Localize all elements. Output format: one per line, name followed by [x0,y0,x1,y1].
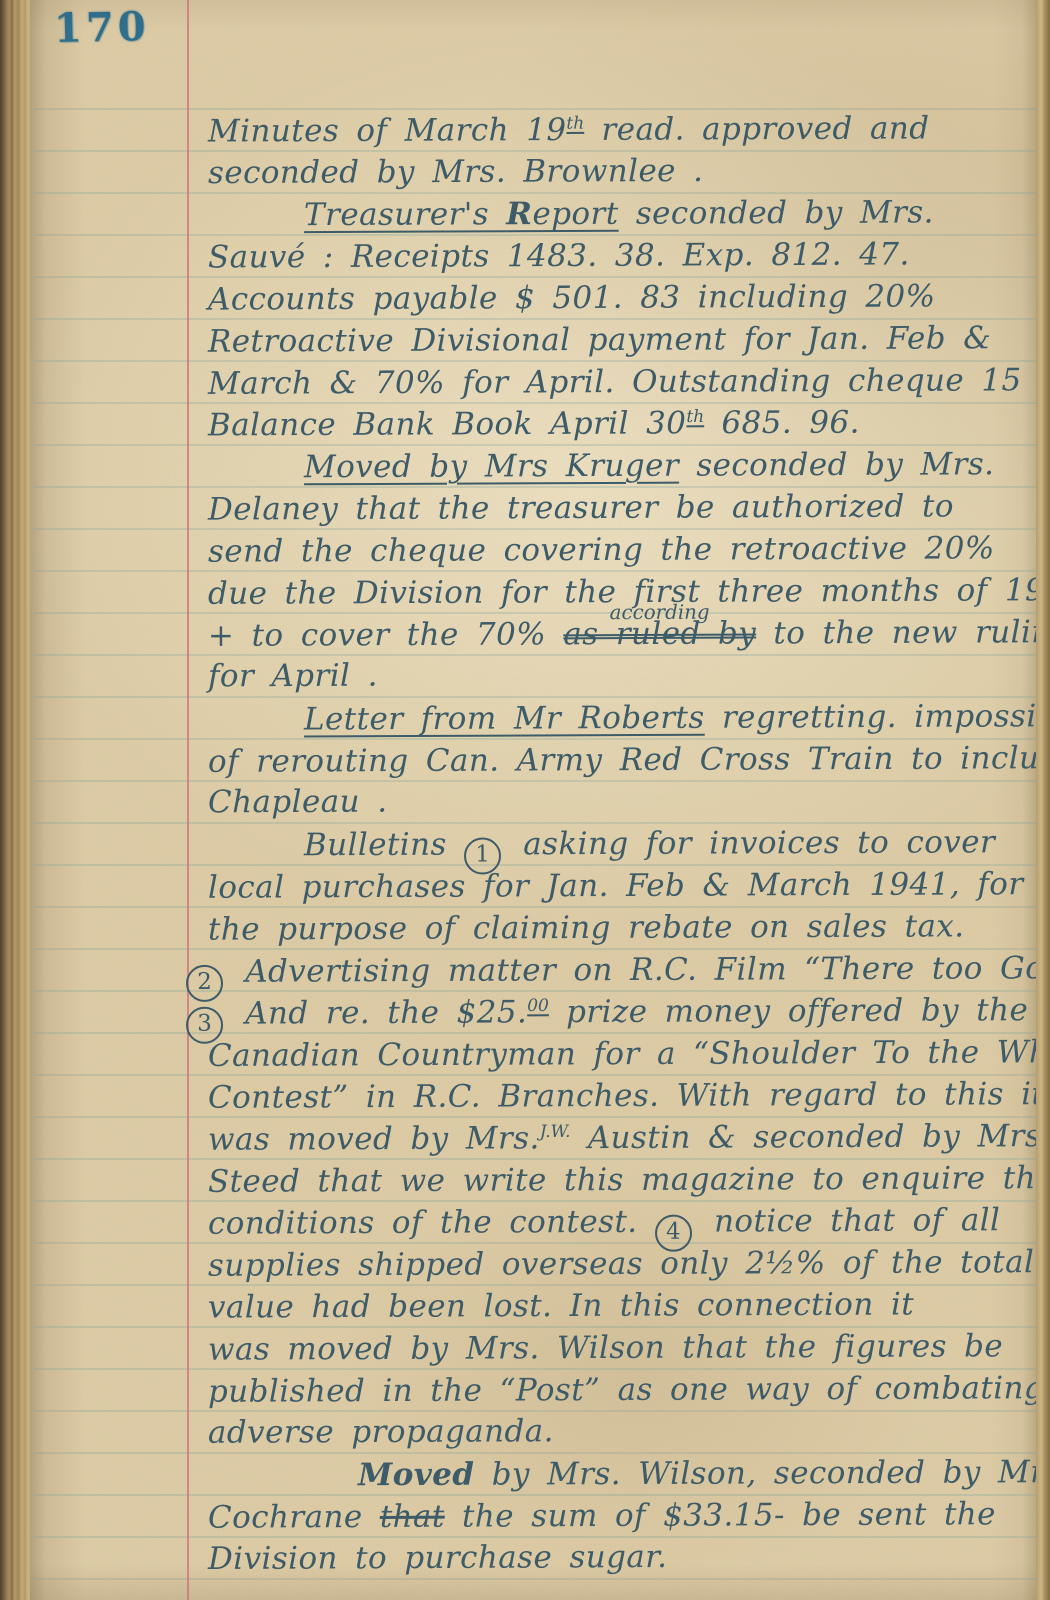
text-segment: Letter from Mr Roberts [304,700,705,738]
manuscript-line: Retroactive Divisional payment for Jan. … [200,320,991,359]
text-segment: that [380,1499,445,1535]
paper-sheet: 170 Minutes of March 19th read. approved… [30,0,1036,1600]
text-segment: Austin & seconded by Mrs [571,1118,1042,1156]
manuscript-line: the purpose of claiming rebate on sales … [200,908,965,947]
manuscript-line: Division to purchase sugar. [200,1539,667,1577]
text-segment: Balance Bank Book April 30 [208,405,687,443]
text-segment: Treasurer's [304,196,506,233]
manuscript-line: Moved by Mrs Kruger seconded by Mrs. [200,446,995,485]
manuscript-line: adverse propaganda. [200,1413,554,1451]
text-segment: Bulletins [304,827,464,864]
text-segment: Contest” in R.C. Branches. With regard t… [208,1076,1045,1116]
manuscript-line: Steed that we write this magazine to enq… [200,1160,1050,1200]
manuscript-line: + to cover the 70% accordingas ruled by … [200,614,1050,654]
manuscript-line: Contest” in R.C. Branches. With regard t… [200,1076,1045,1116]
inserted-correction: according [610,600,710,623]
manuscript-line: Sauvé : Receipts 1483. 38. Exp. 812. 47. [200,236,910,275]
text-segment: Advertising matter on R.C. Film “There t… [228,950,1050,990]
text-segment: the sum of $33.15- be sent the [445,1496,996,1534]
manuscript-line: send the cheque covering the retroactive… [200,530,995,569]
text-segment: notice that of all [697,1202,1001,1239]
notebook-page: 170 Minutes of March 19th read. approved… [0,0,1050,1600]
struck-text: accordingas ruled by [563,615,756,652]
text-segment: local purchases for Jan. Feb & March 194… [208,866,1024,906]
text-segment: R [506,196,532,232]
manuscript-line: local purchases for Jan. Feb & March 194… [200,866,1024,906]
manuscript-line: published in the “Post” as one way of co… [200,1370,1044,1410]
text-segment: seconded by Mrs. Brownlee . [208,153,704,191]
manuscript-line: March & 70% for April. Outstanding chequ… [200,362,1050,402]
manuscript-line: supplies shipped overseas only 2½% of th… [200,1244,1034,1284]
text-segment: seconded by Mrs. [679,446,994,483]
text-segment: to the new ruling, [756,614,1050,651]
manuscript-line: value had been lost. In this connection … [200,1286,914,1325]
text-segment: th [566,114,584,134]
manuscript-line: was moved by Mrs. Wilson that the figure… [200,1328,1003,1368]
manuscript-line: Balance Bank Book April 30th 685. 96. [200,405,860,444]
manuscript-line: Delaney that the treasurer be authorized… [200,488,954,527]
text-segment: And re. the $25. [228,994,527,1031]
text-segment: conditions of the contest. [208,1204,655,1242]
book-binding-edge [0,0,30,1600]
manuscript-line: Cochrane that the sum of $33.15- be sent… [200,1496,996,1535]
text-segment: Canadian Countryman for a “Shoulder To t… [208,1034,1050,1074]
text-segment: 685. 96. [704,405,860,442]
text-segment: Division to purchase sugar. [208,1539,667,1577]
text-segment: send the cheque covering the retroactive… [208,530,995,569]
text-segment: Cochrane [208,1499,380,1536]
manuscript-line: Treasurer's Report seconded by Mrs. [200,194,934,233]
text-segment: for April . [208,658,378,695]
text-segment: Minutes of March 19 [208,112,567,150]
manuscript-line: Minutes of March 19th read. approved and [200,110,930,149]
text-segment: regretting. impossibily [705,698,1050,736]
text-segment: Delaney that the treasurer be authorized… [208,488,954,527]
text-segment: March & 70% for April. Outstanding chequ… [208,362,1039,402]
text-segment: Retroactive Divisional payment for Jan. … [208,320,991,359]
text-segment: + to cover the 70% [208,616,563,654]
text-segment: th [686,407,704,427]
text-segment: read. approved and [584,110,929,148]
manuscript-line: Accounts payable $ 501. 83 including 20% [200,278,936,317]
text-segment: adverse propaganda. [208,1413,554,1451]
text-segment: was moved by Mrs. Wilson that the figure… [208,1328,1003,1367]
manuscript-line: Chapleau . [200,784,388,821]
text-segment: value had been lost. In this connection … [208,1286,914,1325]
manuscript-line: seconded by Mrs. Brownlee . [200,153,704,191]
manuscript-text: Minutes of March 19th read. approved and… [30,0,1036,1600]
text-segment: Chapleau . [208,784,388,821]
text-segment: of rerouting Can. Army Red Cross Train t… [208,740,1050,780]
manuscript-line: of rerouting Can. Army Red Cross Train t… [200,740,1050,780]
text-segment: Moved [358,1457,475,1494]
text-segment: by Mrs. Wilson, seconded by Mrs. [474,1454,1050,1493]
text-segment: asking for invoices to cover [506,824,995,862]
text-segment: J.W. [540,1122,571,1142]
page-right-edge [1036,0,1050,1600]
text-segment: 00 [527,996,549,1016]
text-segment: Moved by Mrs Kruger [304,448,679,486]
text-segment: eport [532,196,618,232]
text-segment: Accounts payable $ 501. 83 including 20% [208,278,936,317]
text-segment: the purpose of claiming rebate on sales … [208,908,965,947]
text-segment: was moved by Mrs. [208,1120,540,1157]
text-segment: supplies shipped overseas only 2½% of th… [208,1244,1034,1284]
text-segment: seconded by Mrs. [618,194,933,231]
text-segment: Sauvé : Receipts 1483. 38. Exp. 812. 47. [208,236,910,275]
manuscript-line: Letter from Mr Roberts regretting. impos… [200,698,1050,738]
text-segment: published in the “Post” as one way of co… [208,1370,1044,1410]
manuscript-line: Moved by Mrs. Wilson, seconded by Mrs. [200,1454,1050,1494]
manuscript-line: for April . [200,658,378,695]
text-segment: prize money offered by the [549,992,1028,1030]
manuscript-line: Canadian Countryman for a “Shoulder To t… [200,1034,1050,1074]
manuscript-line: was moved by Mrs.J.W. Austin & seconded … [200,1118,1041,1158]
text-segment: Steed that we write this magazine to enq… [208,1160,1050,1200]
